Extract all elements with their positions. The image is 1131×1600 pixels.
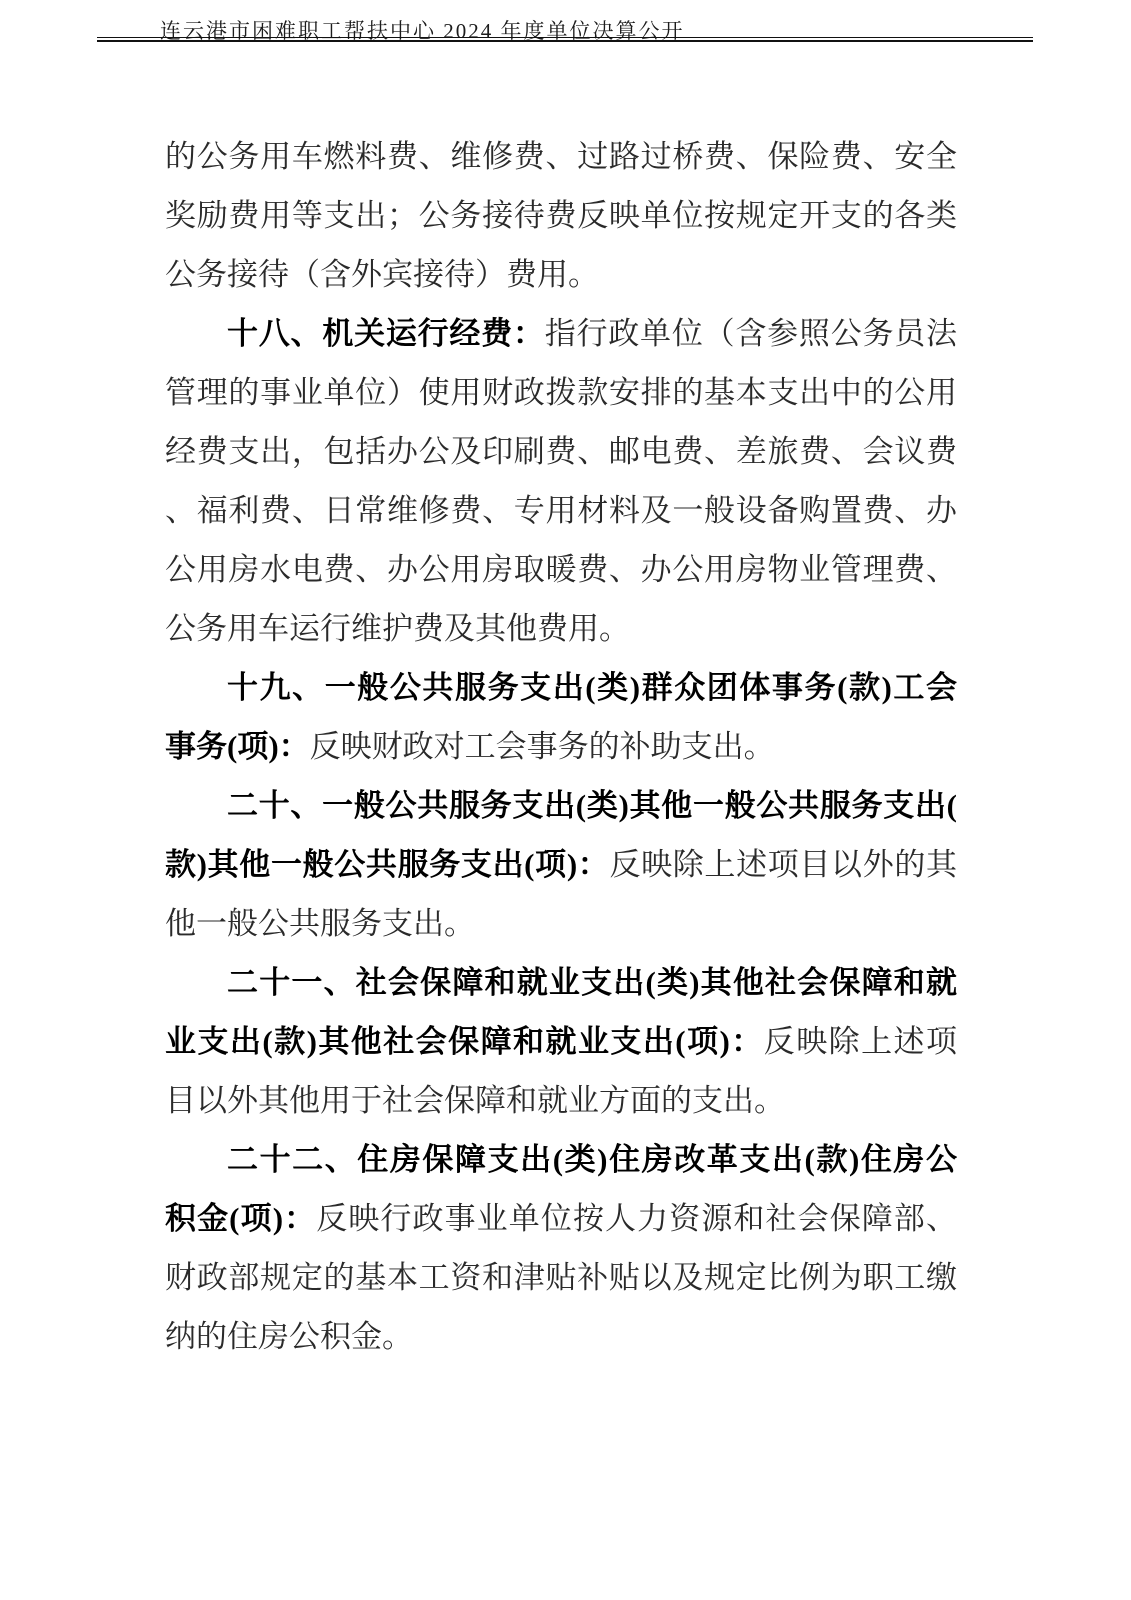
text-line: 公务接待（含外宾接待）费用。	[165, 245, 957, 304]
text-segment: 管理的事业单位）使用财政拨款安排的基本支出中的公用	[165, 375, 957, 410]
text-segment-bold: 二十二、住房保障支出(类)住房改革支出(款)住房公	[227, 1142, 957, 1177]
text-line: 事务(项)：反映财政对工会事务的补助支出。	[165, 717, 957, 776]
paragraph: 的公务用车燃料费、维修费、过路过桥费、保险费、安全奖励费用等支出；公务接待费反映…	[165, 127, 957, 304]
text-line: 业支出(款)其他社会保障和就业支出(项)：反映除上述项	[165, 1012, 957, 1071]
text-segment: 反映除上述项	[764, 1024, 957, 1059]
document-page: 连云港市困难职工帮扶中心 2024 年度单位决算公开 的公务用车燃料费、维修费、…	[0, 0, 1131, 1600]
text-segment: 他一般公共服务支出。	[165, 906, 475, 941]
paragraph: 二十一、社会保障和就业支出(类)其他社会保障和就业支出(款)其他社会保障和就业支…	[165, 953, 957, 1130]
text-segment-bold: 款)其他一般公共服务支出(项)：	[165, 847, 609, 882]
text-segment-bold: 积金(项)：	[165, 1201, 316, 1236]
text-line: 奖励费用等支出；公务接待费反映单位按规定开支的各类	[165, 186, 957, 245]
text-line: 二十一、社会保障和就业支出(类)其他社会保障和就	[165, 953, 957, 1012]
text-line: 经费支出，包括办公及印刷费、邮电费、差旅费、会议费	[165, 422, 957, 481]
text-segment-bold: 二十一、社会保障和就业支出(类)其他社会保障和就	[227, 965, 957, 1000]
text-line: 纳的住房公积金。	[165, 1307, 957, 1366]
text-segment: 目以外其他用于社会保障和就业方面的支出。	[165, 1083, 785, 1118]
text-segment: 反映除上述项目以外的其	[609, 847, 957, 882]
text-line: 积金(项)：反映行政事业单位按人力资源和社会保障部、	[165, 1189, 957, 1248]
text-line: 他一般公共服务支出。	[165, 894, 957, 953]
text-segment: 反映财政对工会事务的补助支出。	[310, 729, 775, 764]
text-segment-bold: 十九、一般公共服务支出(类)群众团体事务(款)工会	[227, 670, 957, 705]
text-segment: 奖励费用等支出；公务接待费反映单位按规定开支的各类	[165, 198, 957, 233]
text-line: 公用房水电费、办公用房取暖费、办公用房物业管理费、	[165, 540, 957, 599]
text-line: 管理的事业单位）使用财政拨款安排的基本支出中的公用	[165, 363, 957, 422]
text-segment: 公务用车运行维护费及其他费用。	[165, 611, 630, 646]
text-line: 目以外其他用于社会保障和就业方面的支出。	[165, 1071, 957, 1130]
text-line: 公务用车运行维护费及其他费用。	[165, 599, 957, 658]
text-segment-bold: 二十、一般公共服务支出(类)其他一般公共服务支出(	[227, 788, 957, 823]
text-segment: 纳的住房公积金。	[165, 1319, 413, 1354]
document-body: 的公务用车燃料费、维修费、过路过桥费、保险费、安全奖励费用等支出；公务接待费反映…	[165, 127, 957, 1366]
text-line: 财政部规定的基本工资和津贴补贴以及规定比例为职工缴	[165, 1248, 957, 1307]
text-line: 十九、一般公共服务支出(类)群众团体事务(款)工会	[165, 658, 957, 717]
text-line: 的公务用车燃料费、维修费、过路过桥费、保险费、安全	[165, 127, 957, 186]
paragraph: 十九、一般公共服务支出(类)群众团体事务(款)工会事务(项)：反映财政对工会事务…	[165, 658, 957, 776]
text-line: 二十二、住房保障支出(类)住房改革支出(款)住房公	[165, 1130, 957, 1189]
paragraph: 二十、一般公共服务支出(类)其他一般公共服务支出(款)其他一般公共服务支出(项)…	[165, 776, 957, 953]
text-segment-bold: 业支出(款)其他社会保障和就业支出(项)：	[165, 1024, 764, 1059]
text-segment-bold: 十八、机关运行经费：	[227, 316, 545, 351]
text-segment: 公用房水电费、办公用房取暖费、办公用房物业管理费、	[165, 552, 957, 587]
paragraph: 十八、机关运行经费：指行政单位（含参照公务员法管理的事业单位）使用财政拨款安排的…	[165, 304, 957, 658]
text-segment: 、福利费、日常维修费、专用材料及一般设备购置费、办	[165, 493, 957, 528]
paragraph: 二十二、住房保障支出(类)住房改革支出(款)住房公积金(项)：反映行政事业单位按…	[165, 1130, 957, 1366]
text-line: 、福利费、日常维修费、专用材料及一般设备购置费、办	[165, 481, 957, 540]
text-line: 二十、一般公共服务支出(类)其他一般公共服务支出(	[165, 776, 957, 835]
text-segment: 公务接待（含外宾接待）费用。	[165, 257, 599, 292]
text-segment-bold: 事务(项)：	[165, 729, 310, 764]
text-segment: 经费支出，包括办公及印刷费、邮电费、差旅费、会议费	[165, 434, 957, 469]
text-segment: 的公务用车燃料费、维修费、过路过桥费、保险费、安全	[165, 139, 957, 174]
text-segment: 指行政单位（含参照公务员法	[545, 316, 957, 351]
text-segment: 反映行政事业单位按人力资源和社会保障部、	[316, 1201, 957, 1236]
text-line: 十八、机关运行经费：指行政单位（含参照公务员法	[165, 304, 957, 363]
text-segment: 财政部规定的基本工资和津贴补贴以及规定比例为职工缴	[165, 1260, 957, 1295]
header-rule	[97, 37, 1033, 42]
text-line: 款)其他一般公共服务支出(项)：反映除上述项目以外的其	[165, 835, 957, 894]
